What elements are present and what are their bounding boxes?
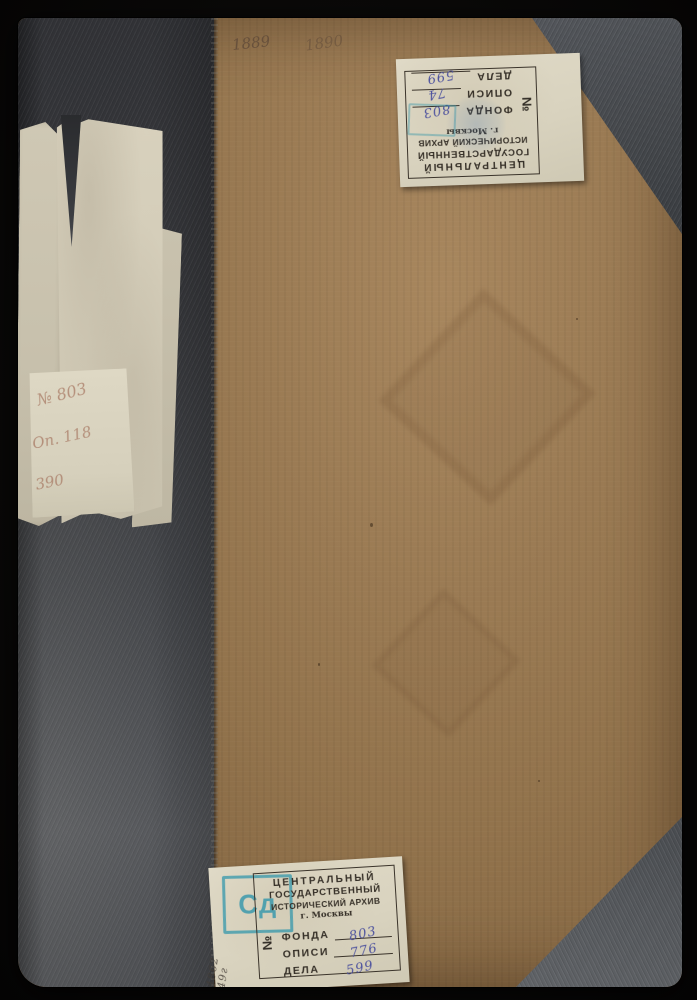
year-note-right: 1890 xyxy=(304,31,344,54)
archive-label-frame: ЦЕНТРАЛЬНЫЙ ГОСУДАРСТВЕННЫЙ ИСТОРИЧЕСКИЙ… xyxy=(253,865,401,979)
archive-label-top: ЦЕНТРАЛЬНЫЙ ГОСУДАРСТВЕННЫЙ ИСТОРИЧЕСКИЙ… xyxy=(396,53,584,187)
photo-background: 1889 1890 № 803 Оп. 118 390 ЦЕНТРАЛЬНЫЙ … xyxy=(0,0,697,1000)
number-sign: № xyxy=(519,97,534,112)
spine-label-overlay: № 803 Оп. 118 390 xyxy=(27,368,134,517)
pencil-inventory-note: 14862 849г xyxy=(204,956,231,987)
delo-value-handwritten: 599 xyxy=(344,958,374,978)
delo-label: ДЕЛА xyxy=(283,963,320,977)
year-inscriptions: 1889 1890 xyxy=(232,34,343,52)
number-sign: № xyxy=(259,935,275,950)
year-note-left: 1889 xyxy=(231,32,271,54)
board-speck xyxy=(576,318,578,320)
archive-label-bottom: Сд 14862 849г ЦЕНТРАЛЬНЫЙ ГОСУДАРСТВЕННЫ… xyxy=(208,856,409,987)
board-speck xyxy=(318,663,320,666)
book-cover: 1889 1890 № 803 Оп. 118 390 ЦЕНТРАЛЬНЫЙ … xyxy=(18,18,682,987)
archive-field-rows: № ФОНДА 803 ОПИСИ 776 ДЕЛА 599 xyxy=(263,920,394,979)
board-speck xyxy=(370,523,373,527)
opis-value-handwritten: 74 xyxy=(425,84,446,102)
delo-value-handwritten: 599 xyxy=(426,66,456,86)
spine-handwriting-line1: № 803 xyxy=(35,379,89,410)
board-speck xyxy=(538,780,540,782)
ghost-impression-mark xyxy=(378,288,596,506)
spine-handwriting-line2: Оп. 118 xyxy=(31,423,94,453)
delo-label: ДЕЛА xyxy=(475,69,511,82)
spine-handwriting-line3: 390 xyxy=(34,471,66,494)
ghost-impression-mark xyxy=(371,588,521,738)
